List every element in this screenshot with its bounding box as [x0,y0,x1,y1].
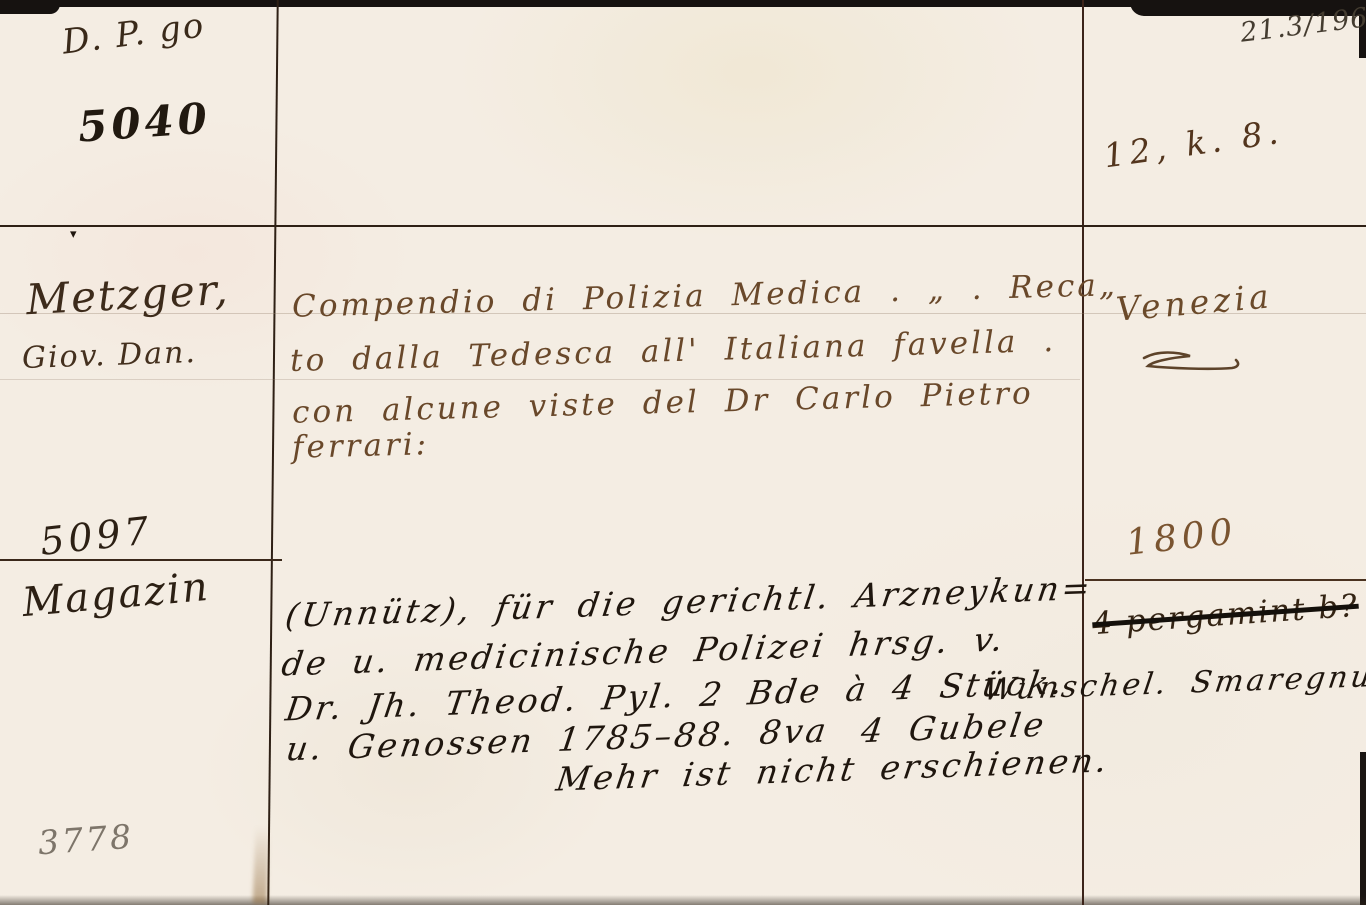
crossed-out-note: 4 pergamint b? [1091,588,1360,643]
flourish-mark [1138,346,1250,380]
entry-number: 5097 [38,508,155,564]
publication-place: Venezia [1115,276,1275,329]
column-divider-left [267,0,278,905]
accession-number: 5040 [76,93,212,151]
title-line-2: to dalla Tedesca all' Italiana favella . [290,323,1057,379]
title-line-1: Compendio di Polizia Medica . „ . Reca„ [292,267,1119,325]
publication-year: 1800 [1124,511,1239,563]
shelfmark-note: D. P. go [60,5,207,62]
scan-edge-bottom [0,895,1366,905]
crossed-out-text: 4 pergamint b? [1091,588,1360,643]
ink-smudge [253,826,270,904]
pencil-number: 3778 [37,817,135,863]
format-note: 12, k. 8. [1101,112,1285,176]
location-label: Magazin [20,564,211,626]
arrow-mark: ▾ [70,227,79,242]
scan-edge-right-bottom [1360,752,1366,905]
catalog-card-scan: D. P. go 5040 21.3/196 12, k. 8. ▾ Metzg… [0,0,1366,905]
row-divider-right-cell [1085,579,1366,581]
author-surname: Metzger, [25,265,231,325]
title-line-3: con alcune viste del Dr Carlo Pietro [292,375,1034,430]
title-line-4: ferrari: [292,426,430,466]
author-forenames: Giov. Dan. [21,335,197,376]
scan-corner-top-left [0,0,60,14]
row-divider-top [0,225,1366,227]
